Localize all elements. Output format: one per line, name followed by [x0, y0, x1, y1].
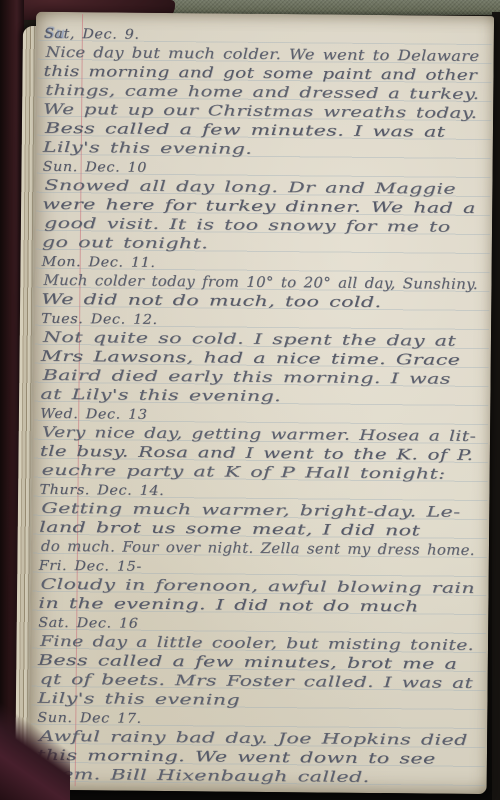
diary-entries: SuSat, Dec. 9.Nice day but much colder. …	[37, 25, 490, 789]
diary-page: SuSat, Dec. 9.Nice day but much colder. …	[29, 12, 494, 794]
diary-entry: Sun. Dec 17.Awful rainy bad day. Joe Hop…	[37, 709, 484, 789]
diary-entry: Sat. Dec. 16Fine day a little cooler, bu…	[37, 614, 484, 713]
diary-entry: Mon. Dec. 11.Much colder today from 10° …	[41, 253, 488, 314]
page-right-shadow-edge	[492, 12, 500, 800]
diary-entry: Fri. Dec. 15-Cloudy in forenoon, awful b…	[38, 557, 485, 618]
diary-entry: Thurs. Dec. 14.Getting much warmer, brig…	[39, 481, 486, 561]
leather-cover-bottom-corner	[0, 670, 70, 800]
photo-background: SuSat, Dec. 9.Nice day but much colder. …	[0, 0, 500, 800]
diary-entry: Sun. Dec. 10Snowed all day long. Dr and …	[42, 158, 489, 257]
diary-entry: Wed. Dec. 13Very nice day, getting warme…	[40, 405, 487, 485]
diary-entry: Tues. Dec. 12.Not quite so cold. I spent…	[40, 310, 487, 409]
diary-entry: SuSat, Dec. 9.Nice day but much colder. …	[43, 25, 490, 162]
